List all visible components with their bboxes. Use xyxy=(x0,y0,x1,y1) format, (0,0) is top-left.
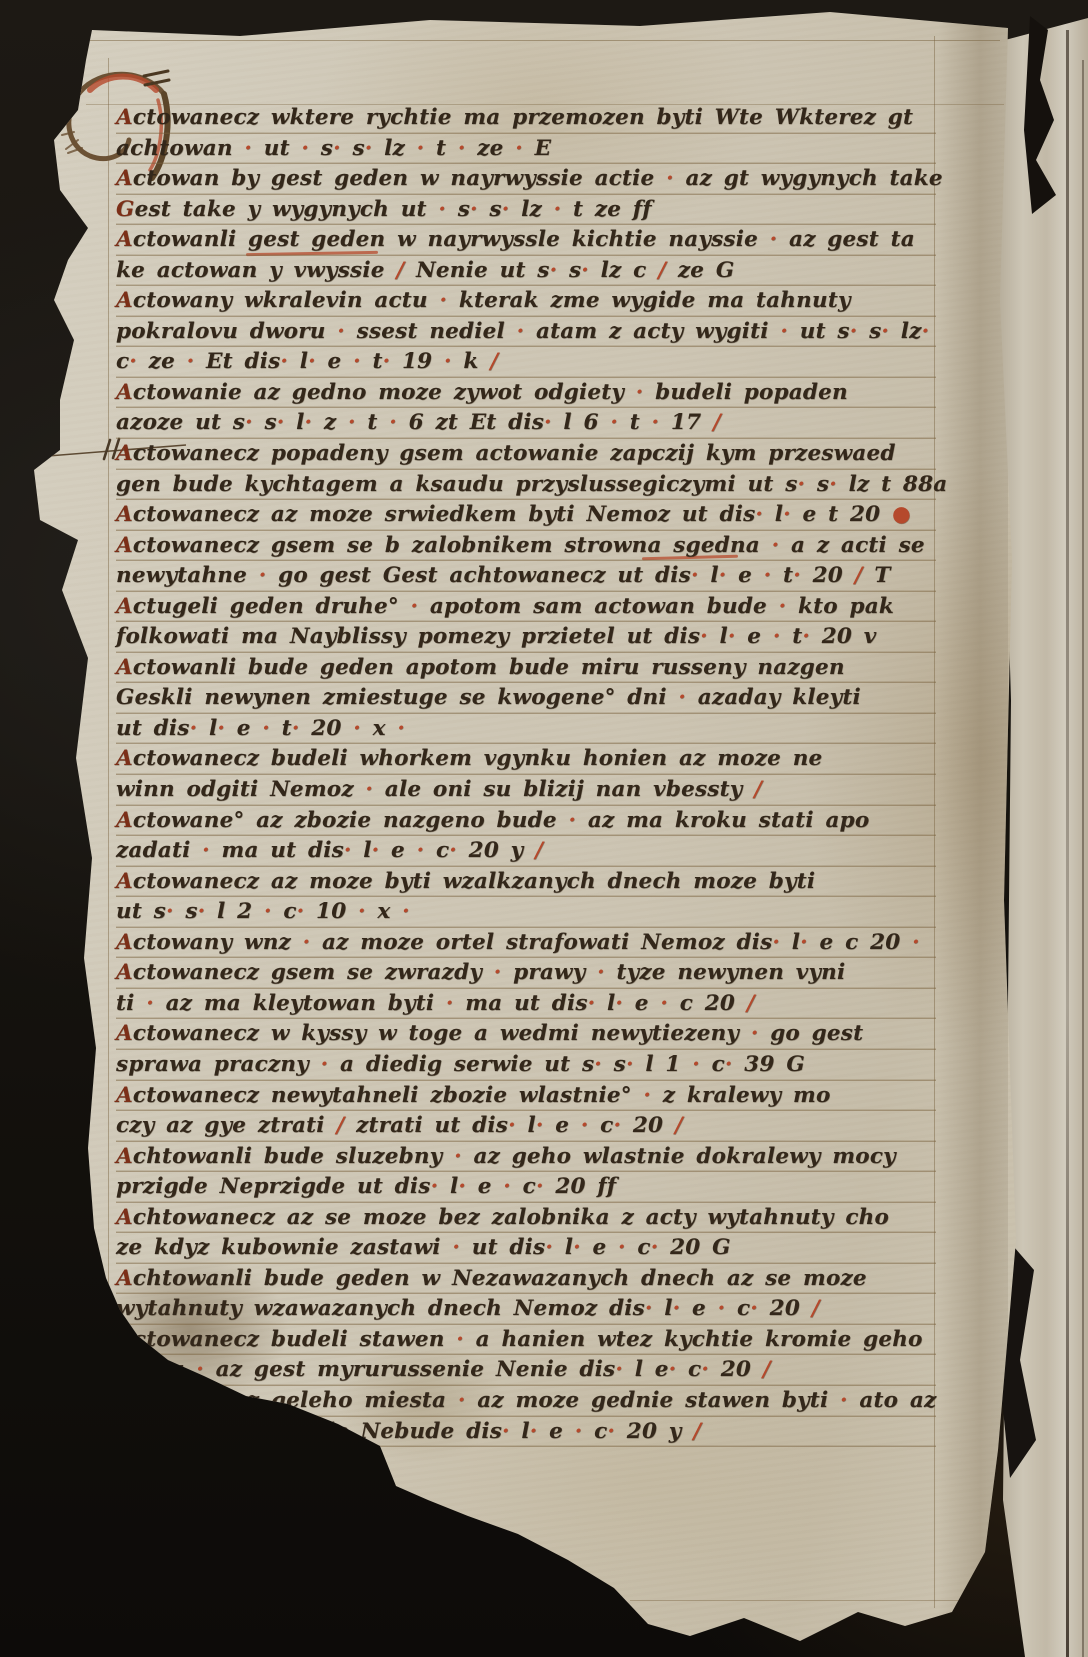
top-ruling xyxy=(60,40,1000,41)
manuscript-line: Actowanecz geleho miesta · az moze gedni… xyxy=(116,1386,936,1417)
manuscript-line: przigde Neprzigde ut dis· l· e · c· 20 f… xyxy=(116,1172,936,1203)
page-fold-shadow xyxy=(938,20,1008,1620)
manuscript-line: Actowanecz az moze srwiedkem byti Nemoz … xyxy=(116,500,936,531)
manuscript-line: Actowanie az gedno moze zywot odgiety · … xyxy=(116,378,936,409)
manuscript-line: Actowanli bude geden apotom bude miru ru… xyxy=(116,653,936,684)
manuscript-photo: Actowanecz wktere rychtie ma przemozen b… xyxy=(0,0,1088,1657)
folio-crease-line xyxy=(1066,30,1069,1657)
text-block: Actowanecz wktere rychtie ma przemozen b… xyxy=(116,103,936,1447)
manuscript-line: Achtowanecz az se moze bez zalobnika z a… xyxy=(116,1203,936,1234)
manuscript-line: c· ze · Et dis· l· e · t· 19 · k / xyxy=(116,347,936,378)
manuscript-line: folkowati ma Nayblissy pomezy przietel u… xyxy=(116,622,936,653)
manuscript-line: wytahnuty wzawazanych dnech Nemoz dis· l… xyxy=(116,1294,936,1325)
manuscript-line: ke actowan y vwyssie / Nenie ut s· s· lz… xyxy=(116,256,936,287)
manuscript-line: Actowan by gest geden w nayrwyssie actie… xyxy=(116,164,936,195)
manuscript-line: Achtowanli bude sluzebny · az geho wlast… xyxy=(116,1142,936,1173)
manuscript-line: Actowanecz w kyssy w toge a wedmi newyti… xyxy=(116,1019,936,1050)
bottom-ruling xyxy=(630,1600,1002,1601)
manuscript-line: Actowany wnz · az moze ortel strafowati … xyxy=(116,928,936,959)
manuscript-line: gen bude kychtagem a ksaudu przyslussegi… xyxy=(116,470,936,501)
manuscript-line: newytahne · go gest Gest achtowanecz ut … xyxy=(116,561,936,592)
manuscript-line: Actowanecz budeli whorkem vgynku honien … xyxy=(116,744,936,775)
parchment-page: Actowanecz wktere rychtie ma przemozen b… xyxy=(0,0,1088,1657)
manuscript-line: pokralovu dworu · ssest nediel · atam z … xyxy=(116,317,936,348)
manuscript-line: achtowan · ut · s· s· lz · t · ze · E xyxy=(116,134,936,165)
manuscript-line: domu · az gest myrurussenie Nenie dis· l… xyxy=(116,1355,936,1386)
manuscript-line: Actowanli gest geden w nayrwyssle kichti… xyxy=(116,225,936,256)
manuscript-line: Actugeli geden druhe° · apotom sam actow… xyxy=(116,592,936,623)
manuscript-line: ti · az ma kleytowan byti · ma ut dis· l… xyxy=(116,989,936,1020)
manuscript-line: Gest take y wygynych ut · s· s· lz · t z… xyxy=(116,195,936,226)
manuscript-line: Actowanecz gsem se b zalobnikem strowna … xyxy=(116,531,936,562)
manuscript-line: Actowanecz gsem se zwrazdy · prawy · tyz… xyxy=(116,958,936,989)
manuscript-line: Achtowanli bude geden w Nezawazanych dne… xyxy=(116,1264,936,1295)
manuscript-line: Actowanecz budeli stawen · a hanien wtez… xyxy=(116,1325,936,1356)
manuscript-line: ut dis· l· e · t· 20 · x · xyxy=(116,714,936,745)
manuscript-line: Actowanecz newytahneli zbozie wlastnie° … xyxy=(116,1081,936,1112)
manuscript-line: azoze ut s· s· l· z · t · 6 zt Et dis· l… xyxy=(116,408,936,439)
manuscript-line: proti kychtie bude Nebude dis· l· e · c·… xyxy=(116,1417,936,1448)
manuscript-line: Actowane° az zbozie nazgeno bude · az ma… xyxy=(116,806,936,837)
manuscript-line: winn odgiti Nemoz · ale oni su blizij na… xyxy=(116,775,936,806)
manuscript-line: ze kdyz kubownie zastawi · ut dis· l· e … xyxy=(116,1233,936,1264)
manuscript-line: Actowanecz popadeny gsem actowanie zapcz… xyxy=(116,439,936,470)
manuscript-line: ut s· s· l 2 · c· 10 · x · xyxy=(116,897,936,928)
manuscript-line: zadati · ma ut dis· l· e · c· 20 y / xyxy=(116,836,936,867)
left-margin-ruling xyxy=(108,58,109,1334)
manuscript-line: Actowanecz az moze byti wzalkzanych dnec… xyxy=(116,867,936,898)
manuscript-line: Geskli newynen zmiestuge se kwogene° dni… xyxy=(116,683,936,714)
manuscript-line: Actowanecz wktere rychtie ma przemozen b… xyxy=(116,103,936,134)
manuscript-line: czy az gye ztrati / ztrati ut dis· l· e … xyxy=(116,1111,936,1142)
manuscript-line: sprawa praczny · a diedig serwie ut s· s… xyxy=(116,1050,936,1081)
folio-crease-line-2 xyxy=(1082,60,1084,1657)
manuscript-line: Actowany wkralevin actu · kterak zme wyg… xyxy=(116,286,936,317)
